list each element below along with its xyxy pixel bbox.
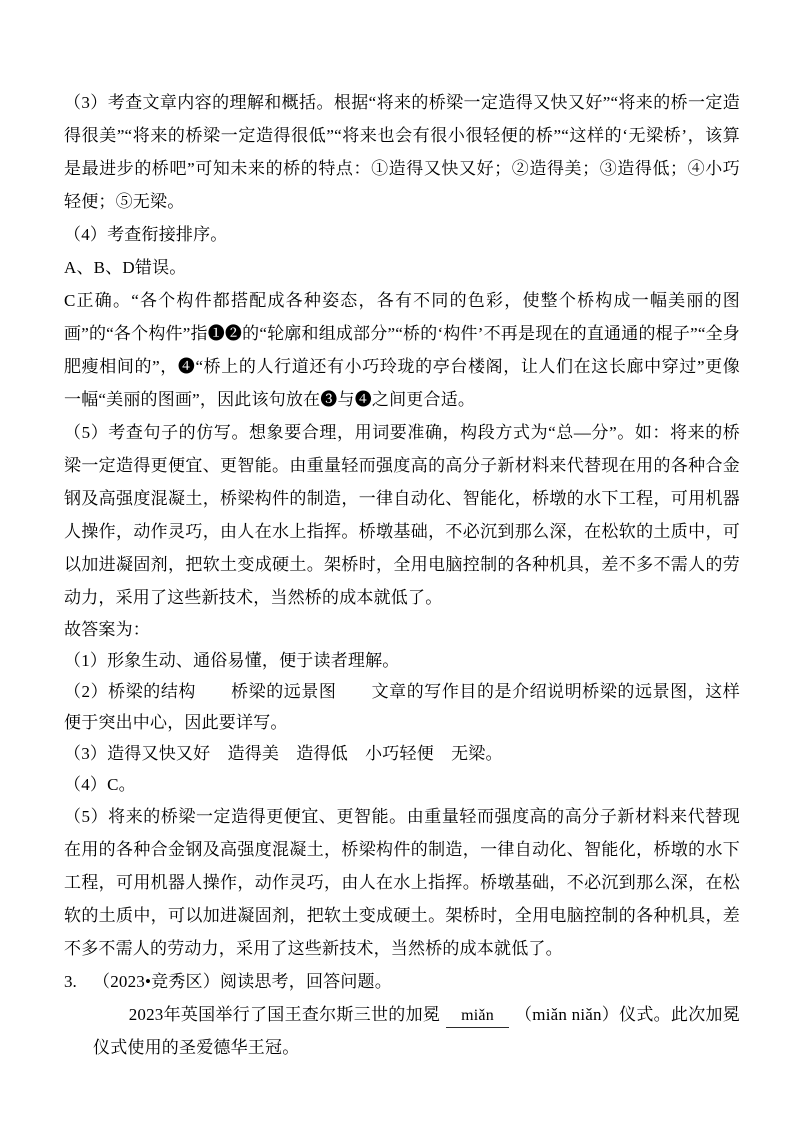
pinyin-answer: miǎn — [461, 1007, 494, 1024]
reading-passage: 2023年英国举行了国王查尔斯三世的加冕miǎn（miǎn niǎn）仪式。此次… — [93, 998, 740, 1064]
question-body: （2023•竞秀区）阅读思考，回答问题。 2023年英国举行了国王查尔斯三世的加… — [93, 965, 740, 1064]
explanation-paragraph-3: （3）考查文章内容的理解和概括。根据“将来的桥梁一定造得又快又好”“将来的桥一定… — [64, 86, 740, 218]
explanation-paragraph-4-wrong-options: A、B、D错误。 — [64, 251, 740, 284]
explanation-paragraph-4: （4）考查衔接排序。 — [64, 218, 740, 251]
answer-item-4: （4）C。 — [64, 769, 740, 800]
answer-item-5: （5）将来的桥梁一定造得更便宜、更智能。由重量轻而强度高的高分子新材料来代替现在… — [64, 800, 740, 965]
pronunciation-options: （miǎn niǎn） — [515, 1005, 619, 1024]
question-number: 3. — [64, 965, 93, 998]
question-heading: （2023•竞秀区）阅读思考，回答问题。 — [93, 965, 740, 998]
answers-intro: 故答案为： — [64, 614, 740, 645]
answer-item-2: （2）桥梁的结构 桥梁的远景图 文章的写作目的是介绍说明桥梁的远景图，这样便于突… — [64, 676, 740, 738]
question-3-item: 3. （2023•竞秀区）阅读思考，回答问题。 2023年英国举行了国王查尔斯三… — [64, 965, 740, 1064]
explanation-paragraph-5: （5）考查句子的仿写。想象要合理，用词要准确，构段方式为“总—分”。如：将来的桥… — [64, 416, 740, 614]
document-page: （3）考查文章内容的理解和概括。根据“将来的桥梁一定造得又快又好”“将来的桥一定… — [0, 0, 794, 1123]
answer-item-1: （1）形象生动、通俗易懂，便于读者理解。 — [64, 645, 740, 676]
answer-item-3: （3）造得又快又好 造得美 造得低 小巧轻便 无梁。 — [64, 738, 740, 769]
pinyin-blank: miǎn — [446, 1006, 509, 1028]
explanation-paragraph-4-correct-option: C正确。“各个构件都搭配成各种姿态，各有不同的色彩，使整个桥构成一幅美丽的图画”… — [64, 284, 740, 416]
document-content: （3）考查文章内容的理解和概括。根据“将来的桥梁一定造得又快又好”“将来的桥一定… — [64, 86, 740, 1064]
answers-block: 故答案为： （1）形象生动、通俗易懂，便于读者理解。 （2）桥梁的结构 桥梁的远… — [64, 614, 740, 965]
passage-text-before-blank: 2023年英国举行了国王查尔斯三世的加冕 — [129, 1005, 440, 1024]
